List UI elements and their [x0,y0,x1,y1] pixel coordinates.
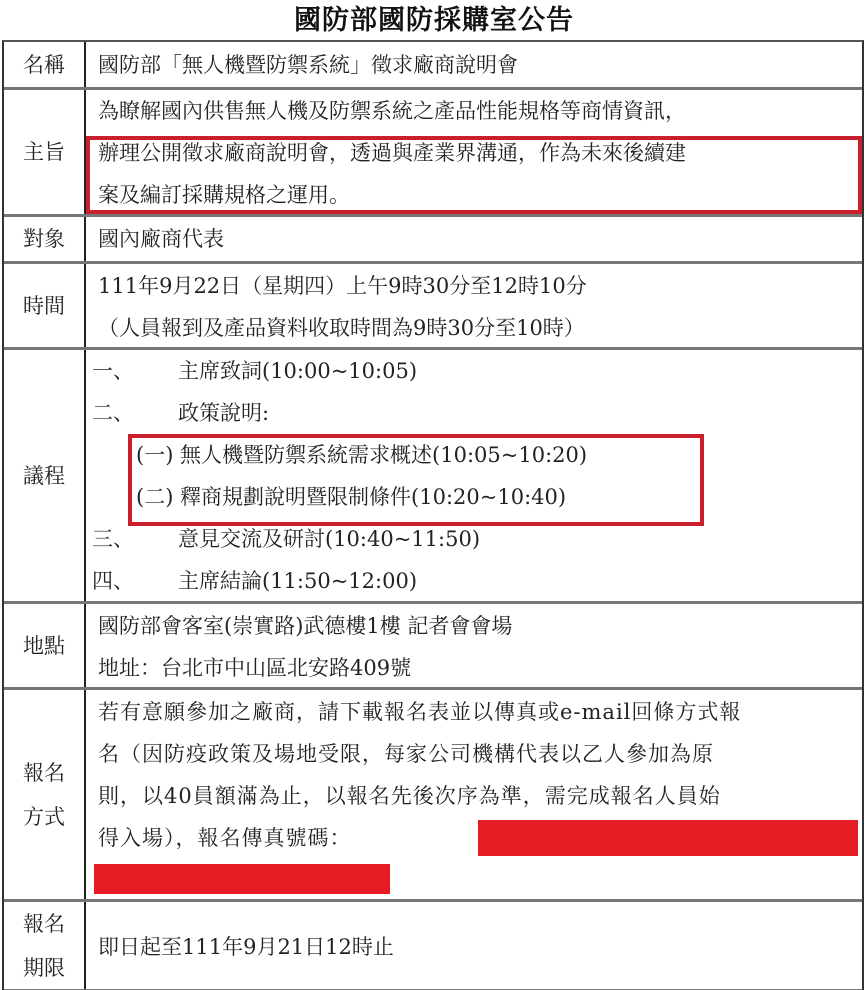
row-content-deadline: 即日起至111年9月21日12時止 [86,902,862,989]
row-name: 名稱 國防部「無人機暨防禦系統」徵求廠商說明會 [4,42,862,90]
announcement-title: 國防部國防採購室公告 [0,2,868,40]
row-content-time: 111年9月22日（星期四）上午9時30分至12時10分 （人員報到及產品資料收… [86,264,862,347]
row-content-audience: 國內廠商代表 [86,217,862,261]
time-line-2: （人員報到及產品資料收取時間為9時30分至10時） [98,307,862,347]
row-location: 地點 國防部會客室(崇實路)武德樓1樓 記者會會場 地址：台北市中山區北安路40… [4,604,862,690]
row-label-audience: 對象 [4,217,86,261]
agenda-item-2-number: 二、 [92,392,178,434]
agenda-item-1-text: 主席致詞(10:00~10:05) [178,359,417,383]
agenda-item-4-text: 主席結論(11:50~12:00) [178,569,417,593]
row-deadline: 報名 期限 即日起至111年9月21日12時止 [4,902,862,990]
location-line-2: 地址：台北市中山區北安路409號 [98,647,862,687]
registration-label-line-1: 報名 [23,751,65,795]
row-agenda: 議程 一、主席致詞(10:00~10:05) 二、政策說明: (一) 無人機暨防… [4,350,862,604]
row-time: 時間 111年9月22日（星期四）上午9時30分至12時10分 （人員報到及產品… [4,264,862,350]
row-label-location: 地點 [4,604,86,687]
agenda-item-2-text: 政策說明: [178,401,269,425]
announcement-table: 名稱 國防部「無人機暨防禦系統」徵求廠商說明會 主旨 為瞭解國內供售無人機及防禦… [2,40,864,990]
time-line-1: 111年9月22日（星期四）上午9時30分至12時10分 [98,265,862,307]
agenda-item-2: 二、政策說明: [92,392,862,434]
agenda-highlight-box [128,434,704,526]
agenda-item-4-number: 四、 [92,560,178,601]
row-content-name: 國防部「無人機暨防禦系統」徵求廠商說明會 [86,42,862,87]
row-label-agenda: 議程 [4,350,86,601]
purpose-highlight-box [86,136,862,214]
location-line-1: 國防部會客室(崇實路)武德樓1樓 記者會會場 [98,605,862,647]
registration-line-3: 則，以40員額滿為止，以報名先後次序為準，需完成報名人員始 [98,775,862,817]
agenda-item-4: 四、主席結論(11:50~12:00) [92,560,862,601]
agenda-item-1-number: 一、 [92,350,178,392]
deadline-label-line-1: 報名 [23,902,65,946]
deadline-text: 即日起至111年9月21日12時止 [98,931,394,961]
agenda-item-1: 一、主席致詞(10:00~10:05) [92,350,862,392]
purpose-line-1: 為瞭解國內供售無人機及防禦系統之產品性能規格等商情資訊， [98,90,862,132]
registration-line-2: 名（因防疫政策及場地受限，每家公司機構代表以乙人參加為原 [98,733,862,775]
row-label-name: 名稱 [4,42,86,87]
event-name-text: 國防部「無人機暨防禦系統」徵求廠商說明會 [98,44,862,86]
deadline-label-line-2: 期限 [23,946,65,990]
row-label-deadline: 報名 期限 [4,902,86,989]
audience-text: 國內廠商代表 [98,218,862,260]
fax-number-redaction-2 [94,864,390,894]
row-label-time: 時間 [4,264,86,347]
row-purpose: 主旨 為瞭解國內供售無人機及防禦系統之產品性能規格等商情資訊， 辦理公開徵求廠商… [4,90,862,217]
row-audience: 對象 國內廠商代表 [4,217,862,264]
registration-label-line-2: 方式 [23,795,65,839]
fax-number-redaction [478,820,858,856]
row-label-purpose: 主旨 [4,90,86,214]
row-registration: 報名 方式 若有意願參加之廠商，請下載報名表並以傳真或e-mail回條方式報 名… [4,690,862,902]
row-label-registration: 報名 方式 [4,690,86,899]
row-content-location: 國防部會客室(崇實路)武德樓1樓 記者會會場 地址：台北市中山區北安路409號 [86,604,862,687]
agenda-item-3-text: 意見交流及研討(10:40~11:50) [178,527,480,551]
registration-line-1: 若有意願參加之廠商，請下載報名表並以傳真或e-mail回條方式報 [98,691,862,733]
